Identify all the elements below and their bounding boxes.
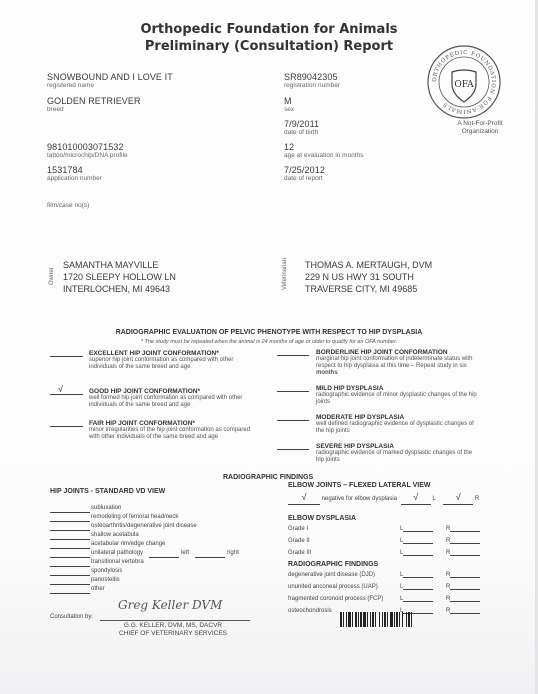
dysplasia-grade-label: Grade I [288, 524, 308, 534]
dob-field: 7/9/2011 date of birth [284, 119, 319, 136]
grade-description: superior hip joint conformation as compa… [89, 357, 233, 364]
left-blank[interactable] [403, 583, 433, 590]
breed-label: breed [47, 106, 141, 113]
hip-finding-row: subluxation [50, 504, 239, 513]
hip-finding-row: spondylosis [50, 567, 239, 576]
grade-checkbox[interactable] [50, 356, 83, 357]
ofa-seal-icon: OFA ORTHOPEDIC FOUNDATION FOR ANIMALS [426, 44, 502, 120]
grade-option: BORDERLINE HIP JOINT CONFORMATIONmargina… [316, 349, 472, 377]
hip-finding-row: osteoarthritis/degenerative joint diseas… [50, 522, 239, 531]
left-label: left [181, 550, 189, 556]
grade-description: marginal hip joint conformation of indet… [316, 356, 472, 363]
left-blank[interactable] [403, 549, 433, 556]
grade-description: the hip joints [316, 428, 474, 435]
veterinarian-city: TRAVERSE CITY, MI 49685 [305, 283, 432, 295]
report-page: Orthopedic Foundation for Animals Prelim… [0, 0, 538, 694]
right-blank[interactable] [450, 595, 480, 602]
org-description: A Not-For-Profit Organization [440, 120, 520, 136]
right-blank[interactable] [450, 525, 480, 532]
grade-checkbox[interactable] [50, 426, 83, 427]
report-date-field: 7/25/2012 date of report [284, 165, 325, 182]
left-field: L [400, 583, 433, 590]
hip-finding-blank[interactable] [50, 506, 90, 513]
hip-finding-blank[interactable] [50, 551, 90, 558]
grade-description: well defined radiographic evidence of dy… [316, 421, 474, 428]
grade-title: BORDERLINE HIP JOINT CONFORMATION [316, 349, 472, 356]
check-mark-icon: √ [456, 492, 461, 502]
age-label: age at evaluation in months [284, 152, 364, 159]
left-field: L [400, 595, 433, 602]
application-number-field: 1531784 application number [47, 165, 102, 182]
grade-option: SEVERE HIP DYSPLASIAradiographic evidenc… [316, 443, 472, 464]
left-blank[interactable] [403, 595, 433, 602]
hip-finding-label: acetabular rim/edge change [91, 541, 165, 547]
left-field: L [400, 537, 433, 544]
elbow-right-check[interactable]: √ [443, 492, 473, 505]
sex-field: M sex [284, 96, 294, 113]
elbow-negative-row: √ negative for elbow dysplasia √ L √ R [288, 492, 479, 502]
elbow-finding-label: degenerative joint disease (DJD) [288, 570, 375, 580]
grade-title: FAIR HIP JOINT CONFORMATION* [89, 420, 250, 427]
elbow-negative-check[interactable]: √ [288, 492, 320, 505]
consultant-info: G.G. KELLER, DVM, MS, DACVR CHIEF OF VET… [108, 622, 238, 638]
hip-finding-label: spondylosis [91, 568, 122, 574]
grade-title: EXCELLENT HIP JOINT CONFORMATION* [89, 350, 233, 357]
signature: Greg Keller DVM [118, 598, 222, 612]
right-label: R [475, 496, 479, 502]
elbow-left-check[interactable]: √ [401, 492, 431, 505]
grade-checkbox[interactable] [277, 355, 309, 356]
grade-description: minor irregularities of the hip joint co… [89, 427, 250, 434]
hip-finding-label: unilateral pathology [91, 550, 143, 556]
hip-finding-label: transitional vertebra [91, 559, 144, 565]
grade-option: EXCELLENT HIP JOINT CONFORMATION*superio… [89, 350, 233, 371]
right-field: R [446, 571, 480, 578]
grade-title: MODERATE HIP DYSPLASIA [316, 414, 474, 421]
grade-checkbox[interactable] [50, 394, 83, 395]
hip-finding-row: panosteitis [50, 576, 239, 585]
dob-value: 7/9/2011 [284, 119, 319, 129]
grade-description: radiographic evidence of marked dysplast… [316, 450, 472, 457]
grade-description: joints [316, 399, 477, 406]
signature-line [100, 620, 250, 621]
report-title: Orthopedic Foundation for Animals [0, 22, 538, 37]
hip-finding-row: acetabular rim/edge change [50, 540, 239, 549]
elbow-joints-title: ELBOW JOINTS – FLEXED LATERAL VIEW [288, 482, 430, 489]
age-value: 12 [284, 142, 364, 152]
hip-finding-row: remodeling of femoral head/neck [50, 513, 239, 522]
veterinarian-street: 229 N US HWY 31 SOUTH [305, 271, 432, 283]
hip-finding-row: unilateral pathologyleftright [50, 549, 239, 558]
hip-finding-blank[interactable] [50, 578, 90, 585]
hip-finding-blank[interactable] [50, 533, 90, 540]
hip-finding-label: osteoarthritis/degenerative joint diseas… [91, 523, 197, 529]
breed-value: GOLDEN RETRIEVER [47, 96, 141, 106]
hip-finding-blank[interactable] [50, 515, 90, 522]
veterinarian-label: Veterinarian [282, 258, 288, 290]
microchip-value: 981010003071532 [47, 142, 128, 152]
grade-description: with other individuals of the same breed… [89, 434, 250, 441]
grade-title: SEVERE HIP DYSPLASIA [316, 443, 472, 450]
sex-value: M [284, 96, 294, 106]
registered-name-value: SNOWBOUND AND I LOVE IT [47, 72, 173, 82]
registration-number-field: SR89042305 registration number [284, 72, 340, 89]
elbow-finding-label: fragmented coronoid process (FCP) [288, 594, 383, 604]
unilateral-left-blank[interactable] [149, 551, 179, 558]
dysplasia-grade-label: Grade II [288, 536, 310, 546]
grade-option: MODERATE HIP DYSPLASIAwell defined radio… [316, 414, 474, 435]
hip-finding-blank[interactable] [50, 587, 90, 594]
application-number-label: application number [47, 175, 102, 182]
grade-description: radiographic evidence of minor dysplasti… [316, 392, 477, 399]
microchip-label: tattoo/microchip/DNA profile [47, 152, 128, 159]
left-field: L [400, 549, 433, 556]
registered-name-field: SNOWBOUND AND I LOVE IT registered name [47, 72, 173, 89]
right-label: right [227, 550, 239, 556]
consultation-label: Consultation by: [50, 614, 93, 620]
left-blank[interactable] [403, 537, 433, 544]
hip-finding-blank[interactable] [50, 560, 90, 567]
report-date-value: 7/25/2012 [284, 165, 325, 175]
barcode-icon [340, 612, 465, 627]
left-blank[interactable] [403, 571, 433, 578]
veterinarian-address: THOMAS A. MERTAUGH, DVM 229 N US HWY 31 … [305, 259, 432, 295]
right-blank[interactable] [450, 549, 480, 556]
grade-description: respect to hip dysplasia at this time – … [316, 363, 472, 370]
microchip-field: 981010003071532 tattoo/microchip/DNA pro… [47, 142, 128, 159]
film-case-label: film/case no(s) [47, 202, 89, 209]
elbow-findings-title: RADIOGRAPHIC FINDINGS [288, 561, 378, 568]
dob-label: date of birth [284, 129, 319, 136]
hip-finding-row: transitional vertebra [50, 558, 239, 567]
consultant-role: CHIEF OF VETERINARY SERVICES [108, 630, 238, 638]
hip-finding-label: panosteitis [91, 577, 120, 583]
elbow-finding-label: ununited anconeal process (UAP) [288, 582, 378, 592]
consultant-name: G.G. KELLER, DVM, MS, DACVR [108, 622, 238, 630]
dysplasia-grade-label: Grade III [288, 548, 311, 558]
left-field: L [400, 571, 433, 578]
grade-checkbox[interactable] [277, 449, 309, 450]
right-field: R [446, 549, 480, 556]
hip-findings-list: subluxationremodeling of femoral head/ne… [50, 504, 239, 594]
left-field: L [400, 525, 433, 532]
grade-option: FAIR HIP JOINT CONFORMATION*minor irregu… [89, 420, 250, 441]
left-blank[interactable] [403, 525, 433, 532]
right-field: R [446, 583, 480, 590]
svg-text:OFA: OFA [454, 80, 474, 90]
grade-description: months [316, 370, 472, 377]
right-field: R [446, 537, 480, 544]
check-mark-icon: √ [413, 492, 418, 502]
right-field: R [446, 595, 480, 602]
age-field: 12 age at evaluation in months [284, 142, 364, 159]
findings-title: RADIOGRAPHIC FINDINGS [223, 474, 313, 481]
owner-label: Owner [49, 267, 55, 285]
evaluation-title: RADIOGRAPHIC EVALUATION OF PELVIC PHENOT… [0, 329, 538, 336]
right-blank[interactable] [450, 571, 480, 578]
hip-finding-row: shallow acetabula [50, 531, 239, 540]
right-blank[interactable] [450, 583, 480, 590]
registration-number-label: registration number [284, 82, 340, 89]
hip-finding-label: other [91, 586, 105, 592]
grade-checkbox[interactable] [277, 420, 309, 421]
grade-option: GOOD HIP JOINT CONFORMATION*well formed … [89, 388, 242, 409]
org-line-2: Organization [440, 128, 520, 136]
elbow-dysplasia-title: ELBOW DYSPLASIA [288, 515, 356, 522]
evaluation-note: * The study must be repeated when the an… [0, 339, 538, 345]
check-mark-icon: √ [58, 384, 63, 394]
grade-description: individuals of the same breed and age [89, 364, 233, 371]
unilateral-right-blank[interactable] [195, 551, 225, 558]
owner-name: SAMANTHA MAYVILLE [63, 259, 176, 271]
hip-finding-label: subluxation [91, 505, 121, 511]
breed-field: GOLDEN RETRIEVER breed [47, 96, 141, 113]
right-blank[interactable] [450, 537, 480, 544]
grade-description: hip joints [316, 457, 472, 464]
registered-name-label: registered name [47, 82, 173, 89]
org-line-1: A Not-For-Profit [440, 120, 520, 128]
grade-description: well formed hip joint conformation as co… [89, 395, 242, 402]
report-date-label: date of report [284, 175, 325, 182]
left-label: L [432, 496, 435, 502]
grade-description: individuals of the same breed and age [89, 402, 242, 409]
grade-title: GOOD HIP JOINT CONFORMATION* [89, 388, 242, 395]
sex-label: sex [284, 106, 294, 113]
elbow-finding-label: osteochondrosis [288, 606, 332, 616]
elbow-negative-label: negative for elbow dysplasia [322, 496, 397, 502]
veterinarian-name: THOMAS A. MERTAUGH, DVM [305, 259, 432, 271]
check-mark-icon: √ [302, 492, 307, 502]
hip-finding-blank[interactable] [50, 542, 90, 549]
hip-finding-row: other [50, 585, 239, 594]
owner-city: INTERLOCHEN, MI 49643 [63, 283, 176, 295]
grade-option: MILD HIP DYSPLASIAradiographic evidence … [316, 385, 477, 406]
hip-finding-blank[interactable] [50, 569, 90, 576]
hip-finding-label: remodeling of femoral head/neck [91, 514, 178, 520]
registration-number-value: SR89042305 [284, 72, 340, 82]
application-number-value: 1531784 [47, 165, 102, 175]
right-field: R [446, 525, 480, 532]
grade-title: MILD HIP DYSPLASIA [316, 385, 477, 392]
grade-checkbox[interactable] [277, 391, 309, 392]
hip-finding-label: shallow acetabula [91, 532, 139, 538]
owner-address: SAMANTHA MAYVILLE 1720 SLEEPY HOLLOW LN … [63, 259, 176, 295]
hip-joints-title: HIP JOINTS - STANDARD VD VIEW [50, 488, 165, 495]
hip-finding-blank[interactable] [50, 524, 90, 531]
owner-street: 1720 SLEEPY HOLLOW LN [63, 271, 176, 283]
